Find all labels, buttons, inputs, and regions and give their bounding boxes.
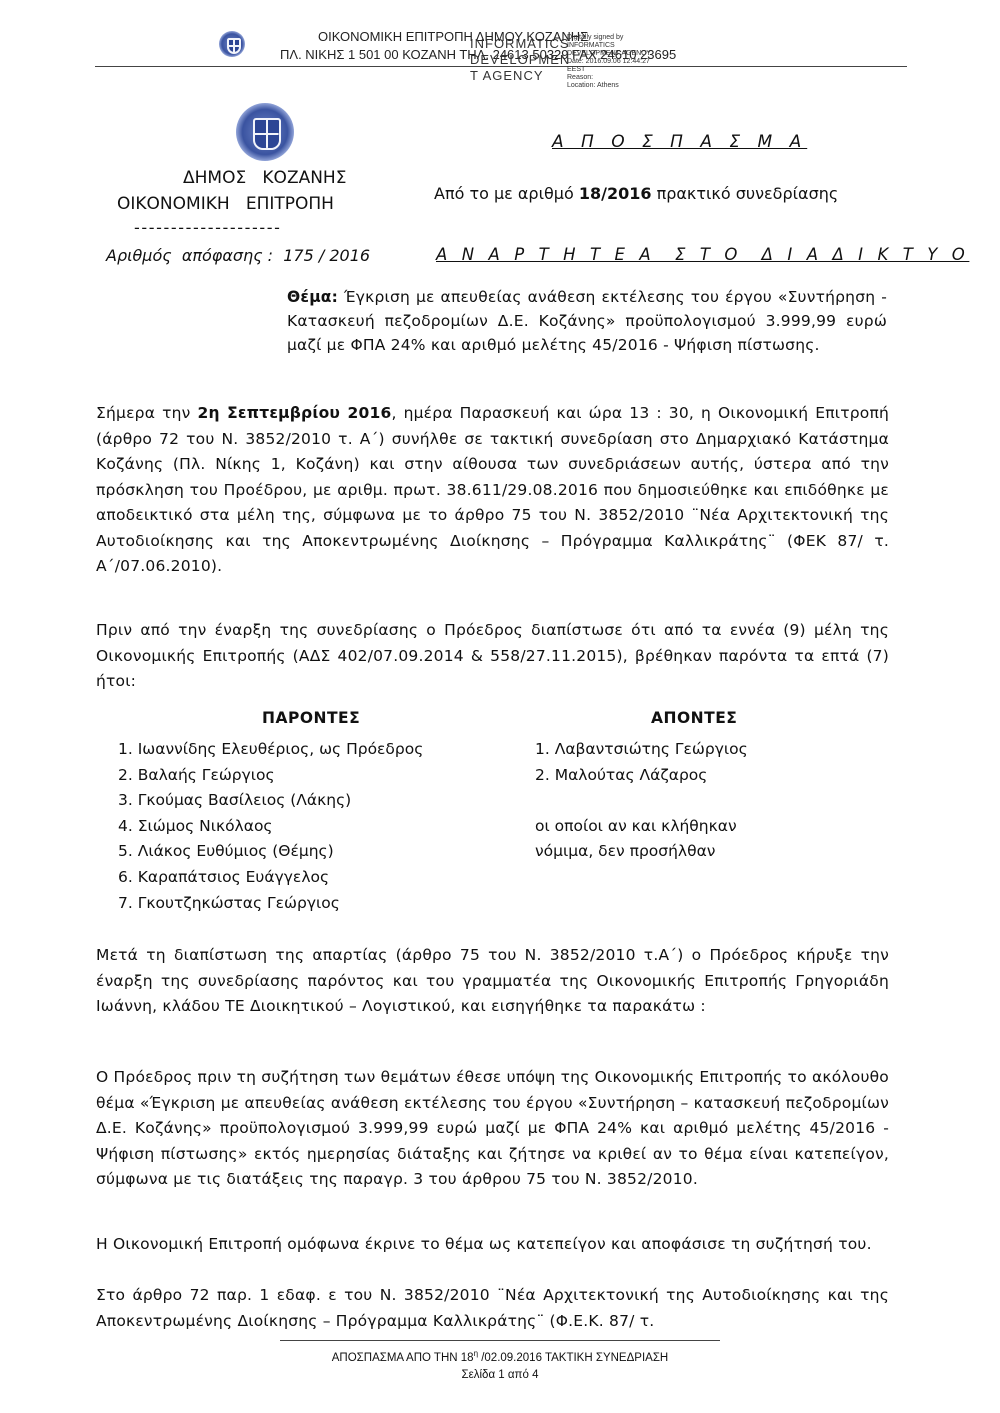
present-member: 1. Ιωαννίδης Ελευθέριος, ως Πρόεδρος <box>118 737 423 763</box>
present-list: 1. Ιωαννίδης Ελευθέριος, ως Πρόεδρος 2. … <box>118 737 423 916</box>
absent-note: νόμιμα, δεν προσήλθαν <box>535 839 748 865</box>
paragraph-committee-decision: Η Οικονομική Επιτροπή ομόφωνα έκρινε το … <box>96 1232 889 1258</box>
present-member: 2. Βαλαής Γεώργιος <box>118 763 423 789</box>
paragraph-quorum: Πριν από την έναρξη της συνεδρίασης ο Πρ… <box>96 618 889 695</box>
absent-list: 1. Λαβαντσιώτης Γεώργιος 2. Μαλούτας Λάζ… <box>535 737 748 865</box>
heading-dashes: -------------------- <box>134 218 281 237</box>
decision-number: Αριθμός απόφασης : 175 / 2016 <box>106 246 370 265</box>
document-title: Α Π Ο Σ Π Α Σ Μ Α <box>552 132 807 152</box>
footer-rule <box>280 1340 720 1341</box>
municipality-name: ΔΗΜΟΣ ΚΟΖΑΝΗΣ <box>183 168 346 188</box>
present-header: ΠΑΡΟΝΤΕΣ <box>262 709 360 727</box>
absent-member: 2. Μαλούτας Λάζαρος <box>535 763 748 789</box>
subject-label: Θέμα: <box>287 288 338 306</box>
committee-name: ΟΙΚΟΝΟΜΙΚΗ ΕΠΙΤΡΟΠΗ <box>117 194 334 214</box>
present-member: 5. Λιάκος Ευθύμιος (Θέμης) <box>118 839 423 865</box>
footer-title: ΑΠΟΣΠΑΣΜΑ ΑΠΟ ΤΗΝ 18η /02.09.2016 ΤΑΚΤΙΚ… <box>280 1345 720 1367</box>
signature-signer: INFORMATICS DEVELOPMEN T AGENCY <box>470 38 570 81</box>
absent-member: 1. Λαβαντσιώτης Γεώργιος <box>535 737 748 763</box>
paragraph-legal-basis: Στο άρθρο 72 παρ. 1 εδαφ. ε του Ν. 3852/… <box>96 1283 889 1334</box>
present-member: 6. Καραπάτσιος Ευάγγελος <box>118 865 423 891</box>
subject-text: Έγκριση με απευθείας ανάθεση εκτέλεσης τ… <box>287 288 887 354</box>
municipality-emblem-icon <box>236 103 294 161</box>
minutes-reference: Από το με αριθμό 18/2016 πρακτικό συνεδρ… <box>434 184 838 203</box>
absent-note: οι οποίοι αν και κλήθηκαν <box>535 814 748 840</box>
paragraph-opening: Μετά τη διαπίστωση της απαρτίας (άρθρο 7… <box>96 943 889 1020</box>
page-footer: ΑΠΟΣΠΑΣΜΑ ΑΠΟ ΤΗΝ 18η /02.09.2016 ΤΑΚΤΙΚ… <box>280 1345 720 1384</box>
subject: Θέμα: Έγκριση με απευθείας ανάθεση εκτέλ… <box>287 285 887 357</box>
present-member: 3. Γκούμας Βασίλειος (Λάκης) <box>118 788 423 814</box>
paragraph-urgent-item: Ο Πρόεδρος πριν τη συζήτηση των θεμάτων … <box>96 1065 889 1193</box>
absent-header: ΑΠΟΝΤΕΣ <box>651 709 737 727</box>
present-member: 7. Γκουτζηκώστας Γεώργιος <box>118 891 423 917</box>
header-emblem-icon <box>219 31 245 57</box>
signature-details: Digitally signed by INFORMATICS DEVELOPM… <box>567 34 651 90</box>
paragraph-meeting: Σήμερα την 2η Σεπτεμβρίου 2016, ημέρα Πα… <box>96 401 889 580</box>
present-member: 4. Σιώμος Νικόλαος <box>118 814 423 840</box>
publish-notice: Α Ν Α Ρ Τ Η Τ Ε Α Σ Τ Ο Δ Ι Α Δ Ι Κ Τ Υ … <box>436 245 969 264</box>
page-number: Σελίδα 1 από 4 <box>280 1367 720 1384</box>
